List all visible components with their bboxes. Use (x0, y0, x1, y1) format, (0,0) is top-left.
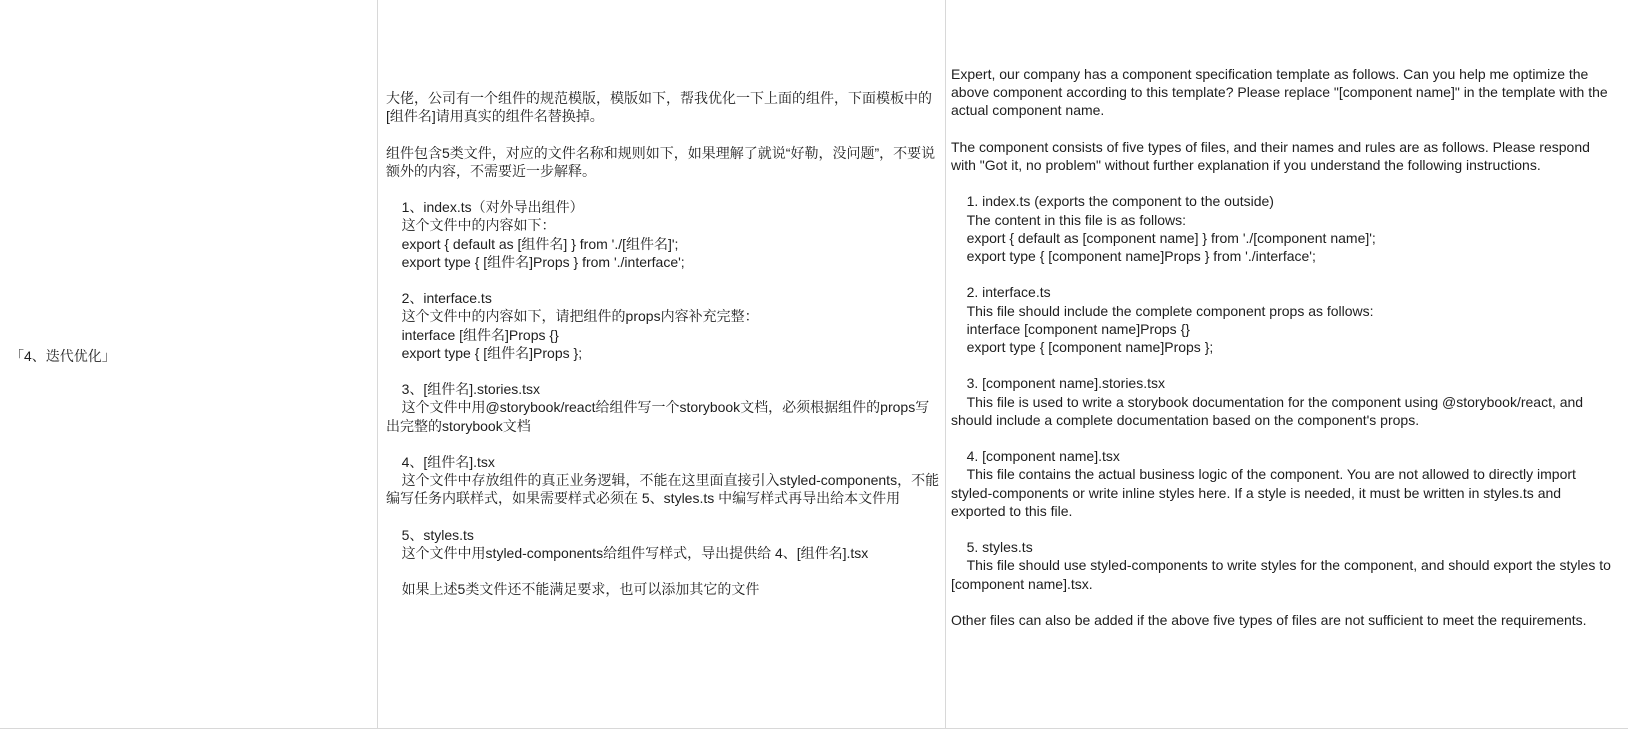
table-grid-line-row-bottom (0, 728, 1628, 729)
document-table-view: 「4、迭代优化」 大佬，公司有一个组件的规范模版，模版如下，帮我优化一下上面的组… (0, 0, 1628, 733)
label-cell-iteration-optimization[interactable]: 「4、迭代优化」 (10, 347, 370, 365)
table-grid-line-vertical-left (377, 0, 378, 729)
table-grid-line-vertical-right (945, 0, 946, 729)
prompt-cell-english[interactable]: Expert, our company has a component spec… (951, 65, 1617, 629)
prompt-cell-chinese[interactable]: 大佬，公司有一个组件的规范模版，模版如下，帮我优化一下上面的组件，下面模板中的[… (386, 89, 941, 599)
